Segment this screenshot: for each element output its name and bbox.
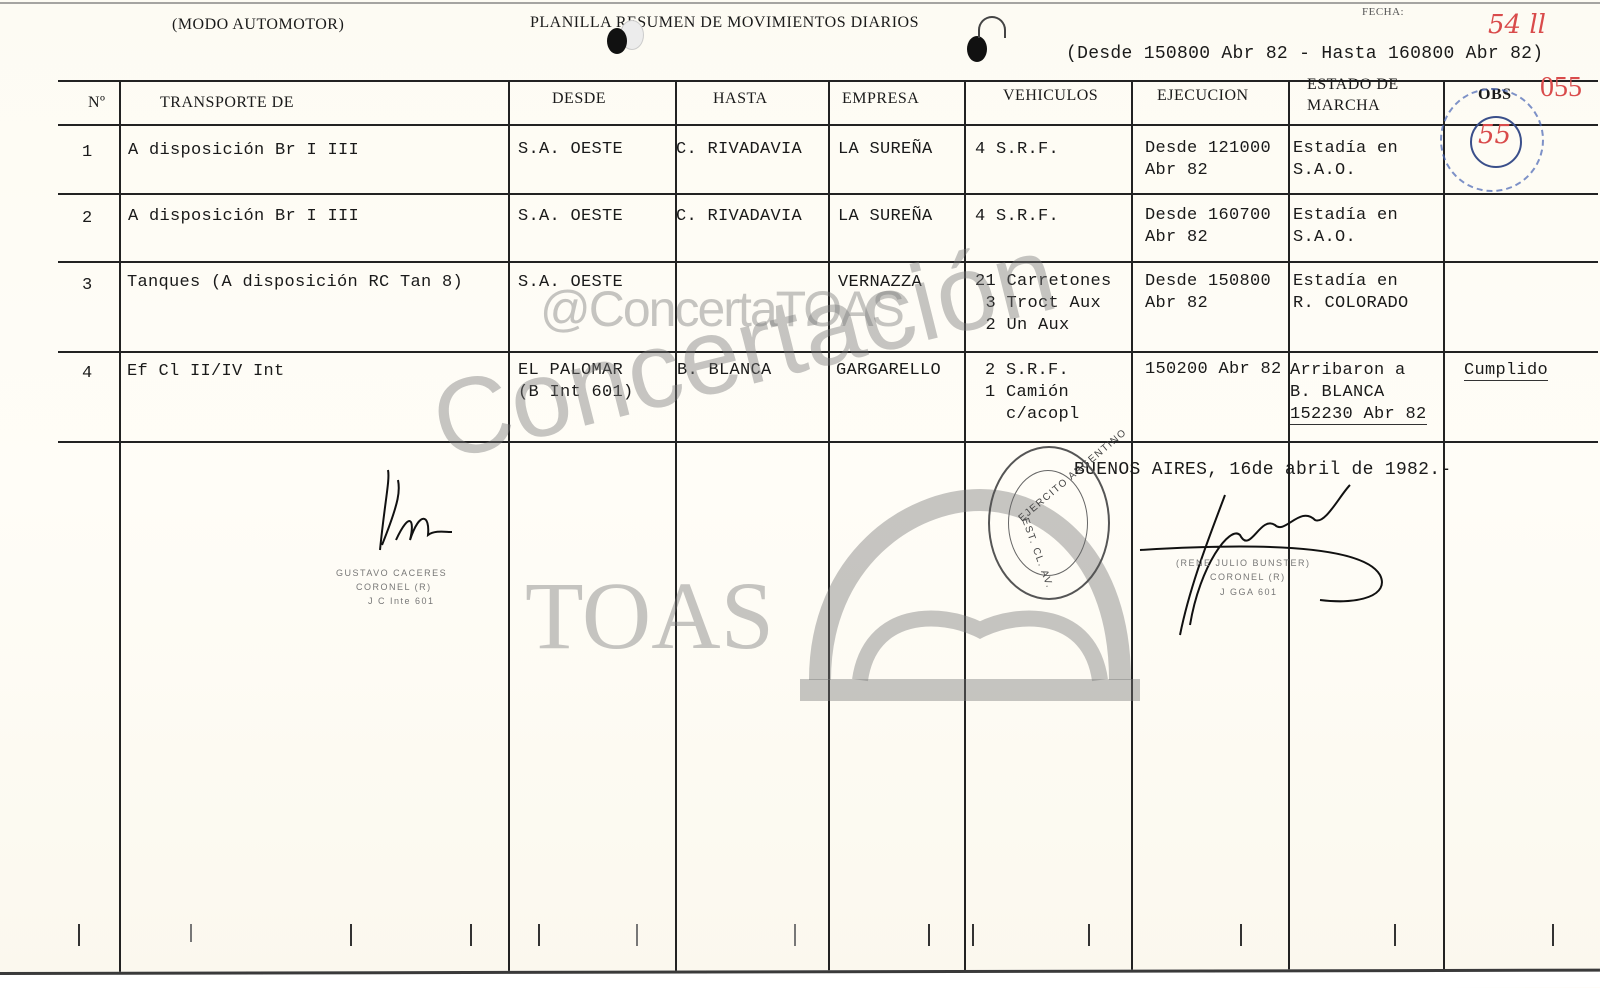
stamp-circle-number: 55 (1478, 120, 1511, 150)
row-2-empresa: LA SUREÑA (838, 207, 933, 226)
row-4-no: 4 (82, 364, 93, 383)
mode-label: (MODO AUTOMOTOR) (172, 16, 344, 34)
row-4-estado-line3: 152230 Abr 82 (1290, 405, 1427, 425)
period-range: (Desde 150800 Abr 82 - Hasta 160800 Abr … (1066, 44, 1543, 64)
row-4-desde-line1: EL PALOMAR (518, 361, 623, 380)
tick-mark (636, 924, 638, 946)
row-4-vehiculos-line1: 2 S.R.F. (985, 361, 1069, 380)
row-1-hasta: C. RIVADAVIA (676, 140, 802, 159)
row-2-ejecucion-line2: Abr 82 (1145, 228, 1208, 247)
row-1-no: 1 (82, 143, 93, 162)
row-3-no: 3 (82, 276, 93, 295)
row-3-estado-line2: R. COLORADO (1293, 294, 1409, 313)
row-1-estado-line2: S.A.O. (1293, 161, 1356, 180)
row-1-empresa: LA SUREÑA (838, 140, 933, 159)
tick-mark (1394, 924, 1396, 946)
row-1-vehiculos: 4 S.R.F. (975, 140, 1059, 159)
tick-mark (1552, 924, 1554, 946)
row-1-ejecucion-line2: Abr 82 (1145, 161, 1208, 180)
row-3-desde: S.A. OESTE (518, 273, 623, 292)
signer-left-unit: J C Inte 601 (368, 596, 435, 606)
col-header-no: Nº (88, 94, 106, 112)
row-2-vehiculos: 4 S.R.F. (975, 207, 1059, 226)
tick-mark (794, 924, 796, 946)
punch-hole (967, 36, 987, 62)
row-4-obs: Cumplido (1464, 361, 1548, 381)
row-3-estado-line1: Estadía en (1293, 272, 1398, 291)
clip-mark-icon (978, 16, 1006, 38)
punch-hole (607, 28, 627, 54)
row-3-ejecucion-line1: Desde 150800 (1145, 272, 1271, 291)
col-header-transporte: TRANSPORTE DE (160, 94, 294, 112)
tick-mark (1240, 924, 1242, 946)
column-divider (1443, 80, 1445, 972)
row-4-ejecucion: 150200 Abr 82 (1145, 360, 1282, 379)
row-2-estado-line2: S.A.O. (1293, 228, 1356, 247)
row-2-no: 2 (82, 209, 93, 228)
row-1-desde: S.A. OESTE (518, 140, 623, 159)
signer-left-name: GUSTAVO CACERES (336, 568, 447, 578)
tick-mark (538, 924, 540, 946)
top-edge (0, 2, 1600, 4)
col-header-ejecucion: EJECUCION (1157, 87, 1249, 105)
tick-mark (350, 924, 352, 946)
tick-mark (190, 924, 192, 942)
row-4-vehiculos-line3: c/acopl (985, 405, 1080, 424)
row-4-estado-line1: Arribaron a (1290, 361, 1406, 380)
col-header-empresa: EMPRESA (842, 90, 919, 108)
row-4-vehiculos-line2: 1 Camión (985, 383, 1069, 402)
document-title: PLANILLA RESUMEN DE MOVIMIENTOS DIARIOS (530, 14, 919, 32)
row-2-estado-line1: Estadía en (1293, 206, 1398, 225)
document-page: (MODO AUTOMOTOR) PLANILLA RESUMEN DE MOV… (0, 0, 1600, 988)
row-1-ejecucion-line1: Desde 121000 (1145, 139, 1271, 158)
row-2-desde: S.A. OESTE (518, 207, 623, 226)
signature-left-icon (360, 460, 460, 560)
column-divider (508, 80, 510, 972)
row-3-vehiculos-line2: 3 Troct Aux (975, 294, 1101, 313)
row-3-ejecucion-line2: Abr 82 (1145, 294, 1208, 313)
column-divider (119, 80, 121, 972)
date-label: FECHA: (1362, 6, 1404, 18)
row-1-transporte: A disposición Br I III (128, 141, 359, 160)
tick-mark (78, 924, 80, 946)
signer-right-name: (RENE JULIO BUNSTER) (1176, 558, 1311, 568)
row-4-estado-line2: B. BLANCA (1290, 383, 1385, 402)
tick-mark (470, 924, 472, 946)
row-2-transporte: A disposición Br I III (128, 207, 359, 226)
row-4-desde-line2: (B Int 601) (518, 383, 634, 402)
signer-right-unit: J GGA 601 (1220, 587, 1278, 597)
bottom-edge (0, 969, 1600, 988)
signer-left-rank: CORONEL (R) (356, 582, 432, 592)
col-header-vehiculos: VEHICULOS (1003, 87, 1098, 105)
row-2-ejecucion-line1: Desde 160700 (1145, 206, 1271, 225)
col-header-estado: ESTADO DE MARCHA (1307, 74, 1427, 116)
row-2-hasta: C. RIVADAVIA (676, 207, 802, 226)
tick-mark (972, 924, 974, 946)
row-4-transporte: Ef Cl II/IV Int (127, 362, 285, 381)
row-3-transporte: Tanques (A disposición RC Tan 8) (127, 273, 463, 292)
row-3-vehiculos-line3: 2 Un Aux (975, 316, 1070, 335)
watermark-brand: TOAS (525, 560, 774, 671)
col-header-desde: DESDE (552, 90, 606, 108)
row-4-empresa: GARGARELLO (836, 361, 941, 380)
watermark-title: Concertación (420, 210, 1068, 485)
row-4-hasta: B. BLANCA (677, 361, 772, 380)
tick-mark (1088, 924, 1090, 946)
signer-right-rank: CORONEL (R) (1210, 572, 1286, 582)
handwritten-folio: 54 ll (1488, 10, 1546, 40)
row-1-estado-line1: Estadía en (1293, 139, 1398, 158)
stamped-number: 055 (1540, 72, 1582, 104)
col-header-hasta: HASTA (713, 90, 768, 108)
tick-mark (928, 924, 930, 946)
row-3-vehiculos-line1: 21 Carretones (975, 272, 1112, 291)
row-3-empresa: VERNAZZA (838, 273, 922, 292)
